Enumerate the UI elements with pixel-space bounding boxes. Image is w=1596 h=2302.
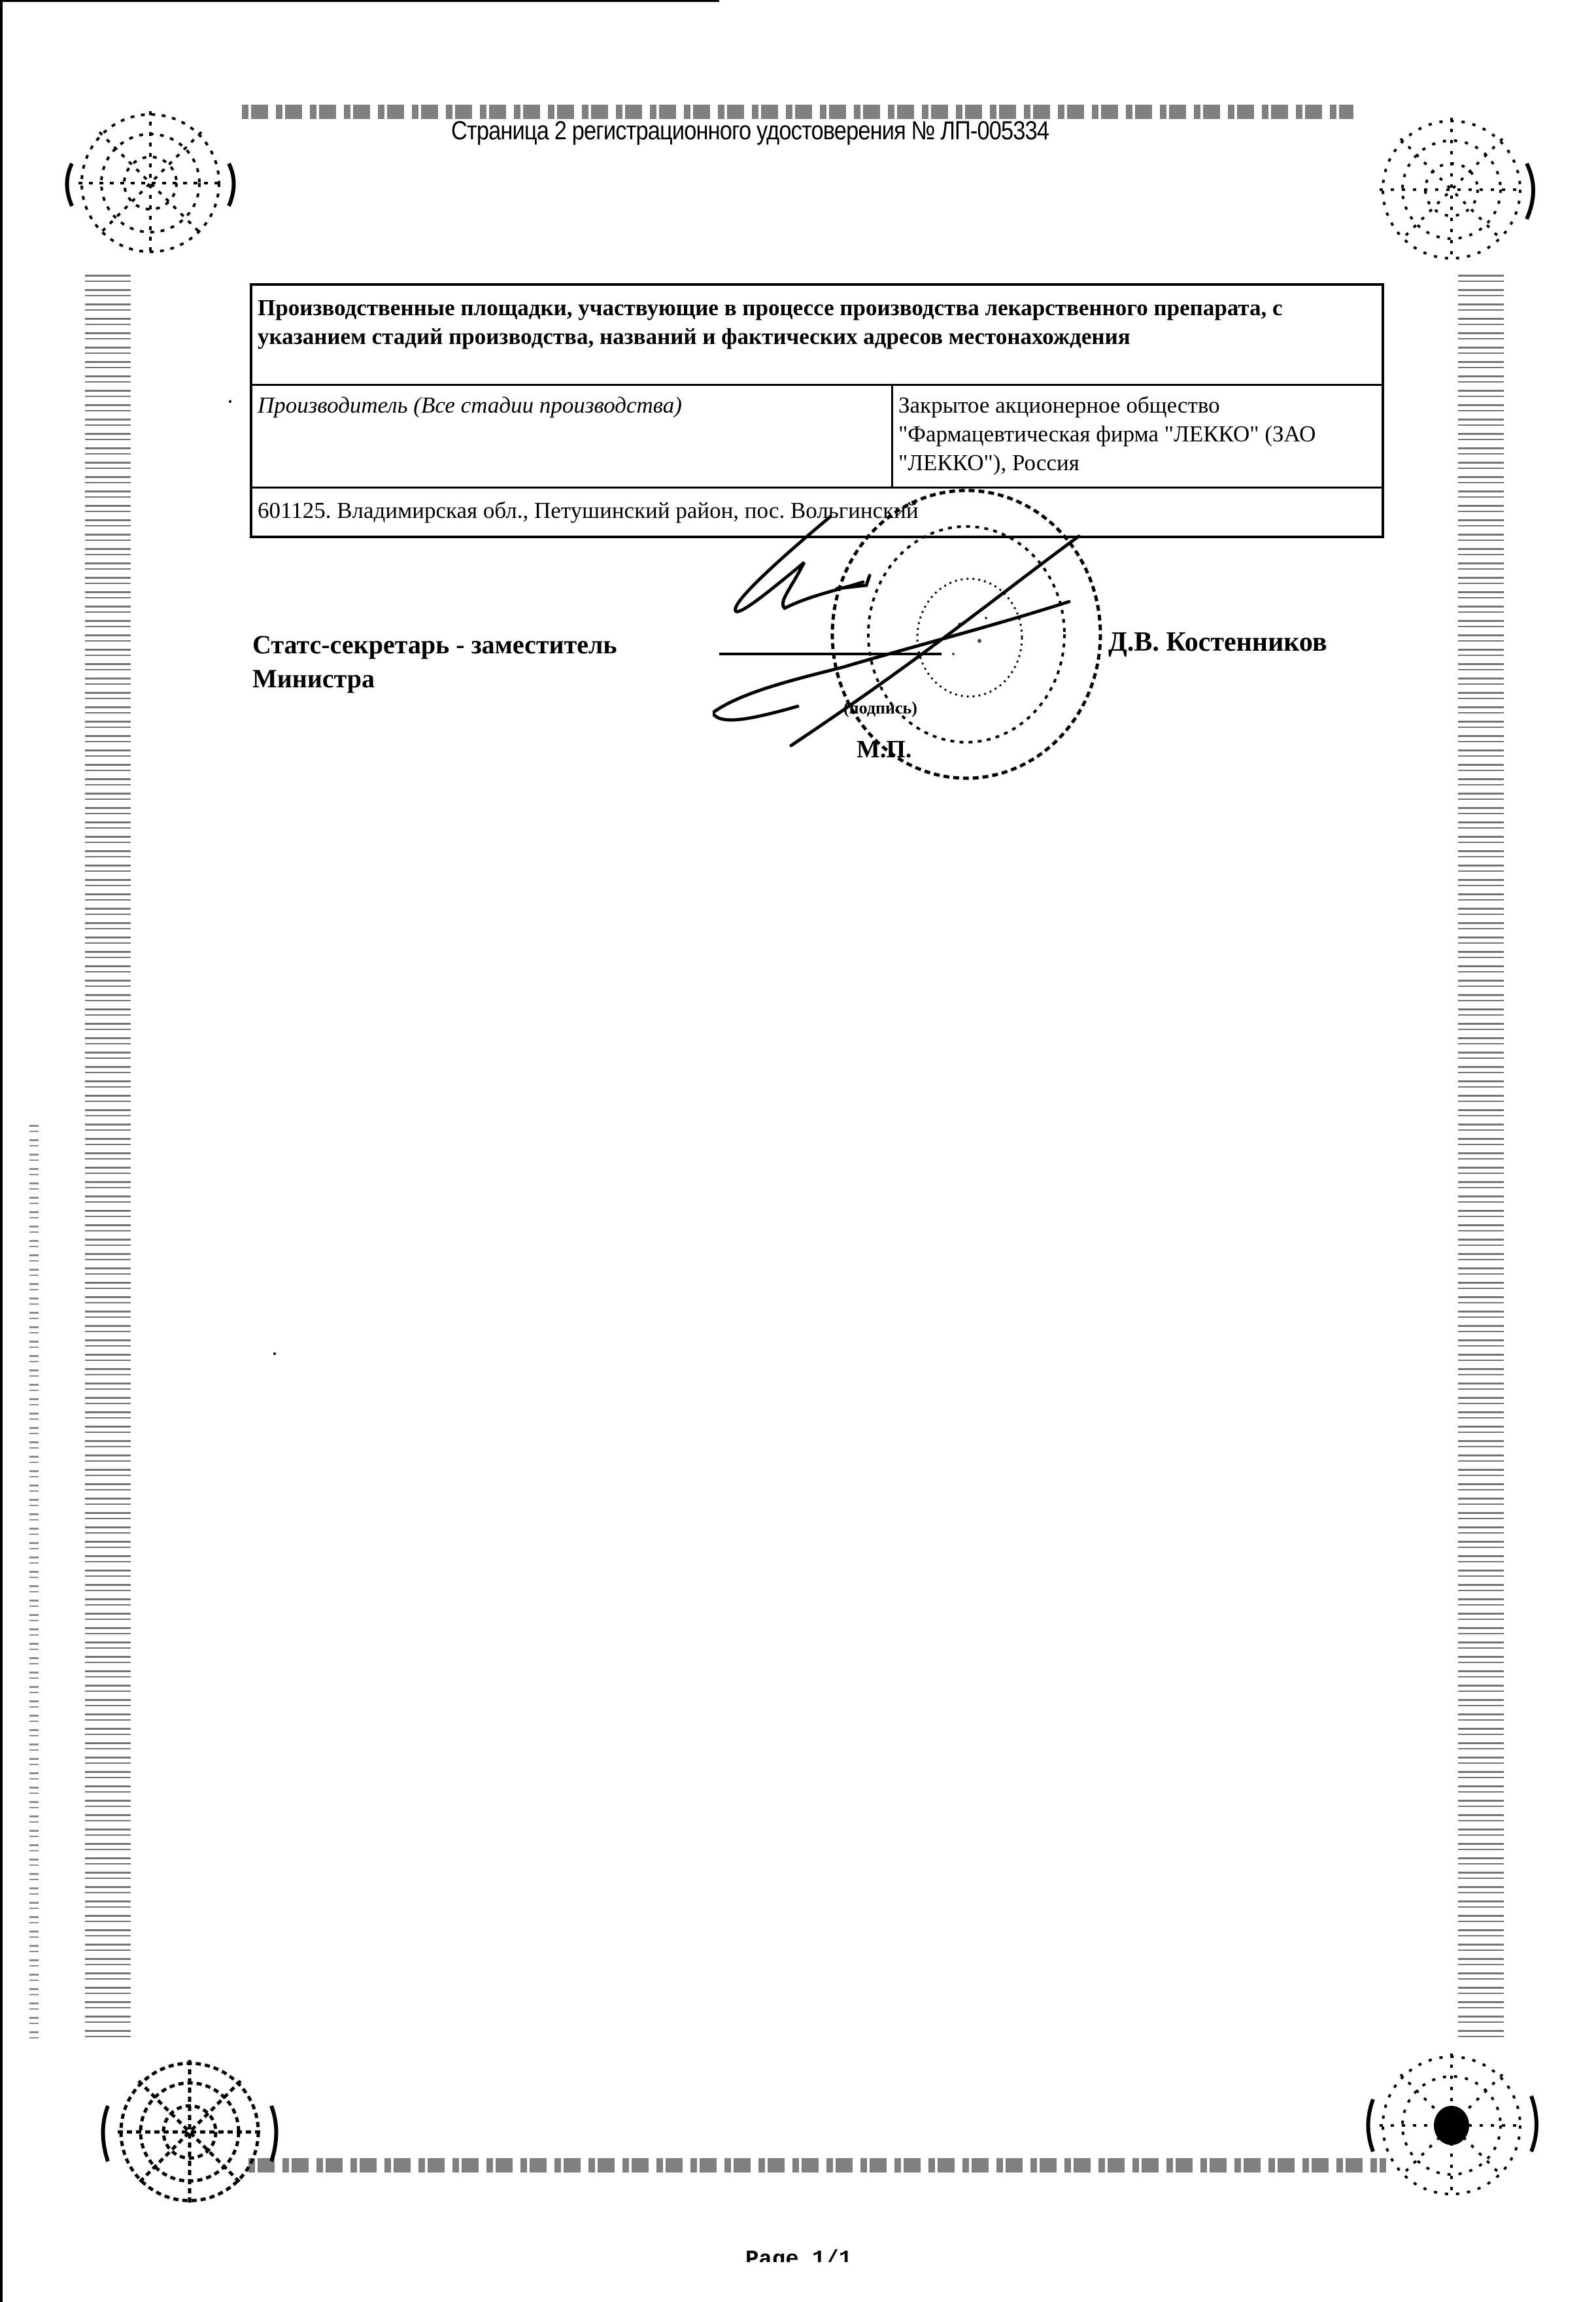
table-row: Производитель (Все стадии производства) … (252, 386, 1382, 489)
corner-rosette-bottom-left-icon (98, 2040, 281, 2224)
scan-edge-top (0, 0, 719, 2)
corner-rosette-top-right-icon (1360, 98, 1543, 281)
scan-edge-left (0, 0, 3, 2302)
signatory-name: Д.В. Костенников (1108, 627, 1327, 658)
frame-band-bottom (248, 2158, 1386, 2173)
table-heading: Производственные площадки, участвующие в… (252, 286, 1382, 384)
frame-band-left-outer (29, 1125, 39, 2040)
frame-band-right (1458, 275, 1504, 2040)
scan-speck (229, 400, 231, 403)
scan-speck (273, 1352, 276, 1355)
production-sites-table: Производственные площадки, участвующие в… (250, 283, 1384, 538)
table-header-row: Производственные площадки, участвующие в… (252, 286, 1382, 386)
manufacturer-organization: Закрытое акционерное общество "Фармацевт… (893, 386, 1382, 487)
stamp-place-label: М.П. (857, 735, 911, 764)
corner-rosette-top-left-icon (59, 92, 242, 275)
corner-rosette-bottom-right-icon (1360, 2034, 1543, 2217)
frame-band-left (85, 275, 131, 2040)
page-footer: Page 1/1 (745, 2248, 852, 2262)
page-header-title: Страница 2 регистрационного удостоверени… (451, 116, 1049, 146)
signatory-position: Статс-секретарь - заместитель Министра (252, 628, 697, 696)
signature-caption: (подпись) (843, 698, 917, 718)
manufacturer-role: Производитель (Все стадии производства) (252, 386, 893, 487)
